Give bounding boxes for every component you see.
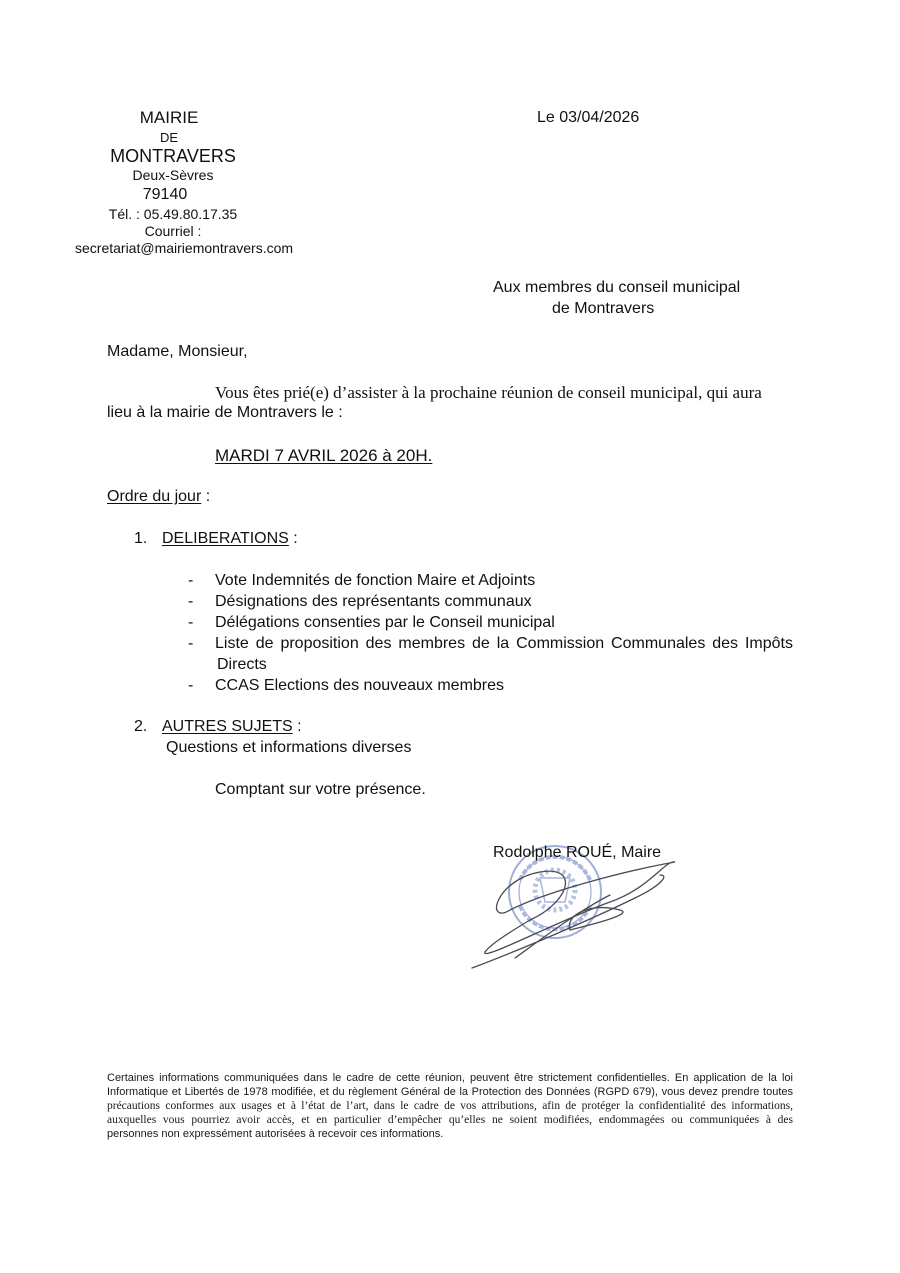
footer-line-4: auxquelles vous pourriez avoir accès, et…	[107, 1113, 793, 1127]
agenda-title-text: Ordre du jour	[107, 488, 201, 505]
recipient-line-1: Aux membres du conseil municipal	[493, 279, 740, 297]
footer-line-5: personnes non expressément autorisées à …	[107, 1127, 793, 1141]
section-2-number: 2.	[134, 718, 147, 736]
salutation: Madame, Monsieur,	[107, 343, 248, 361]
item-text: CCAS Elections des nouveaux membres	[215, 677, 504, 695]
section-2-suffix: :	[293, 718, 302, 735]
bullet-dash: -	[188, 635, 193, 653]
footer-line-2: Informatique et Libertés de 1978 modifié…	[107, 1085, 793, 1099]
closing: Comptant sur votre présence.	[215, 781, 426, 799]
item-text: Liste de proposition des membres de la C…	[215, 635, 793, 653]
body-line-2: lieu à la mairie de Montravers le :	[107, 404, 343, 422]
handwritten-signature-icon	[472, 862, 675, 968]
footer-line-3: précautions conformes aux usages et à l’…	[107, 1099, 793, 1113]
item-text-continuation: Directs	[217, 656, 267, 674]
sender-email[interactable]: secretariat@mairiemontravers.com	[75, 240, 293, 256]
letter-date: Le 03/04/2026	[537, 109, 639, 127]
bullet-dash: -	[188, 614, 193, 632]
bullet-dash: -	[188, 593, 193, 611]
section-1-suffix: :	[289, 530, 298, 547]
signatory-name: Rodolphe ROUÉ, Maire	[493, 844, 661, 862]
sender-de: DE	[44, 130, 294, 145]
section-2-text: Questions et informations diverses	[166, 739, 411, 757]
item-text: Délégations consenties par le Conseil mu…	[215, 614, 555, 632]
sender-phone: Tél. : 05.49.80.17.35	[48, 206, 298, 222]
section-2-heading: AUTRES SUJETS :	[162, 718, 302, 736]
sender-commune: MONTRAVERS	[48, 146, 298, 167]
sender-postcode: 79140	[40, 186, 290, 204]
item-text: Désignations des représentants communaux	[215, 593, 532, 611]
confidentiality-notice: Certaines informations communiquées dans…	[107, 1071, 793, 1141]
sender-email-label: Courriel :	[48, 223, 298, 239]
section-1-title: DELIBERATIONS	[162, 530, 289, 547]
section-1-number: 1.	[134, 530, 147, 548]
section-2-title: AUTRES SUJETS	[162, 718, 293, 735]
agenda-title-suffix: :	[201, 488, 210, 505]
footer-line-1: Certaines informations communiquées dans…	[107, 1071, 793, 1085]
bullet-dash: -	[188, 572, 193, 590]
item-text: Vote Indemnités de fonction Maire et Adj…	[215, 572, 535, 590]
body-line-1: Vous êtes prié(e) d’assister à la procha…	[215, 383, 762, 403]
sender-mairie: MAIRIE	[44, 108, 294, 128]
sender-department: Deux-Sèvres	[48, 167, 298, 183]
bullet-dash: -	[188, 677, 193, 695]
recipient-line-2: de Montravers	[552, 300, 654, 318]
section-1-heading: DELIBERATIONS :	[162, 530, 298, 548]
meeting-datetime: MARDI 7 AVRIL 2026 à 20H.	[215, 446, 432, 466]
agenda-title: Ordre du jour :	[107, 488, 210, 506]
